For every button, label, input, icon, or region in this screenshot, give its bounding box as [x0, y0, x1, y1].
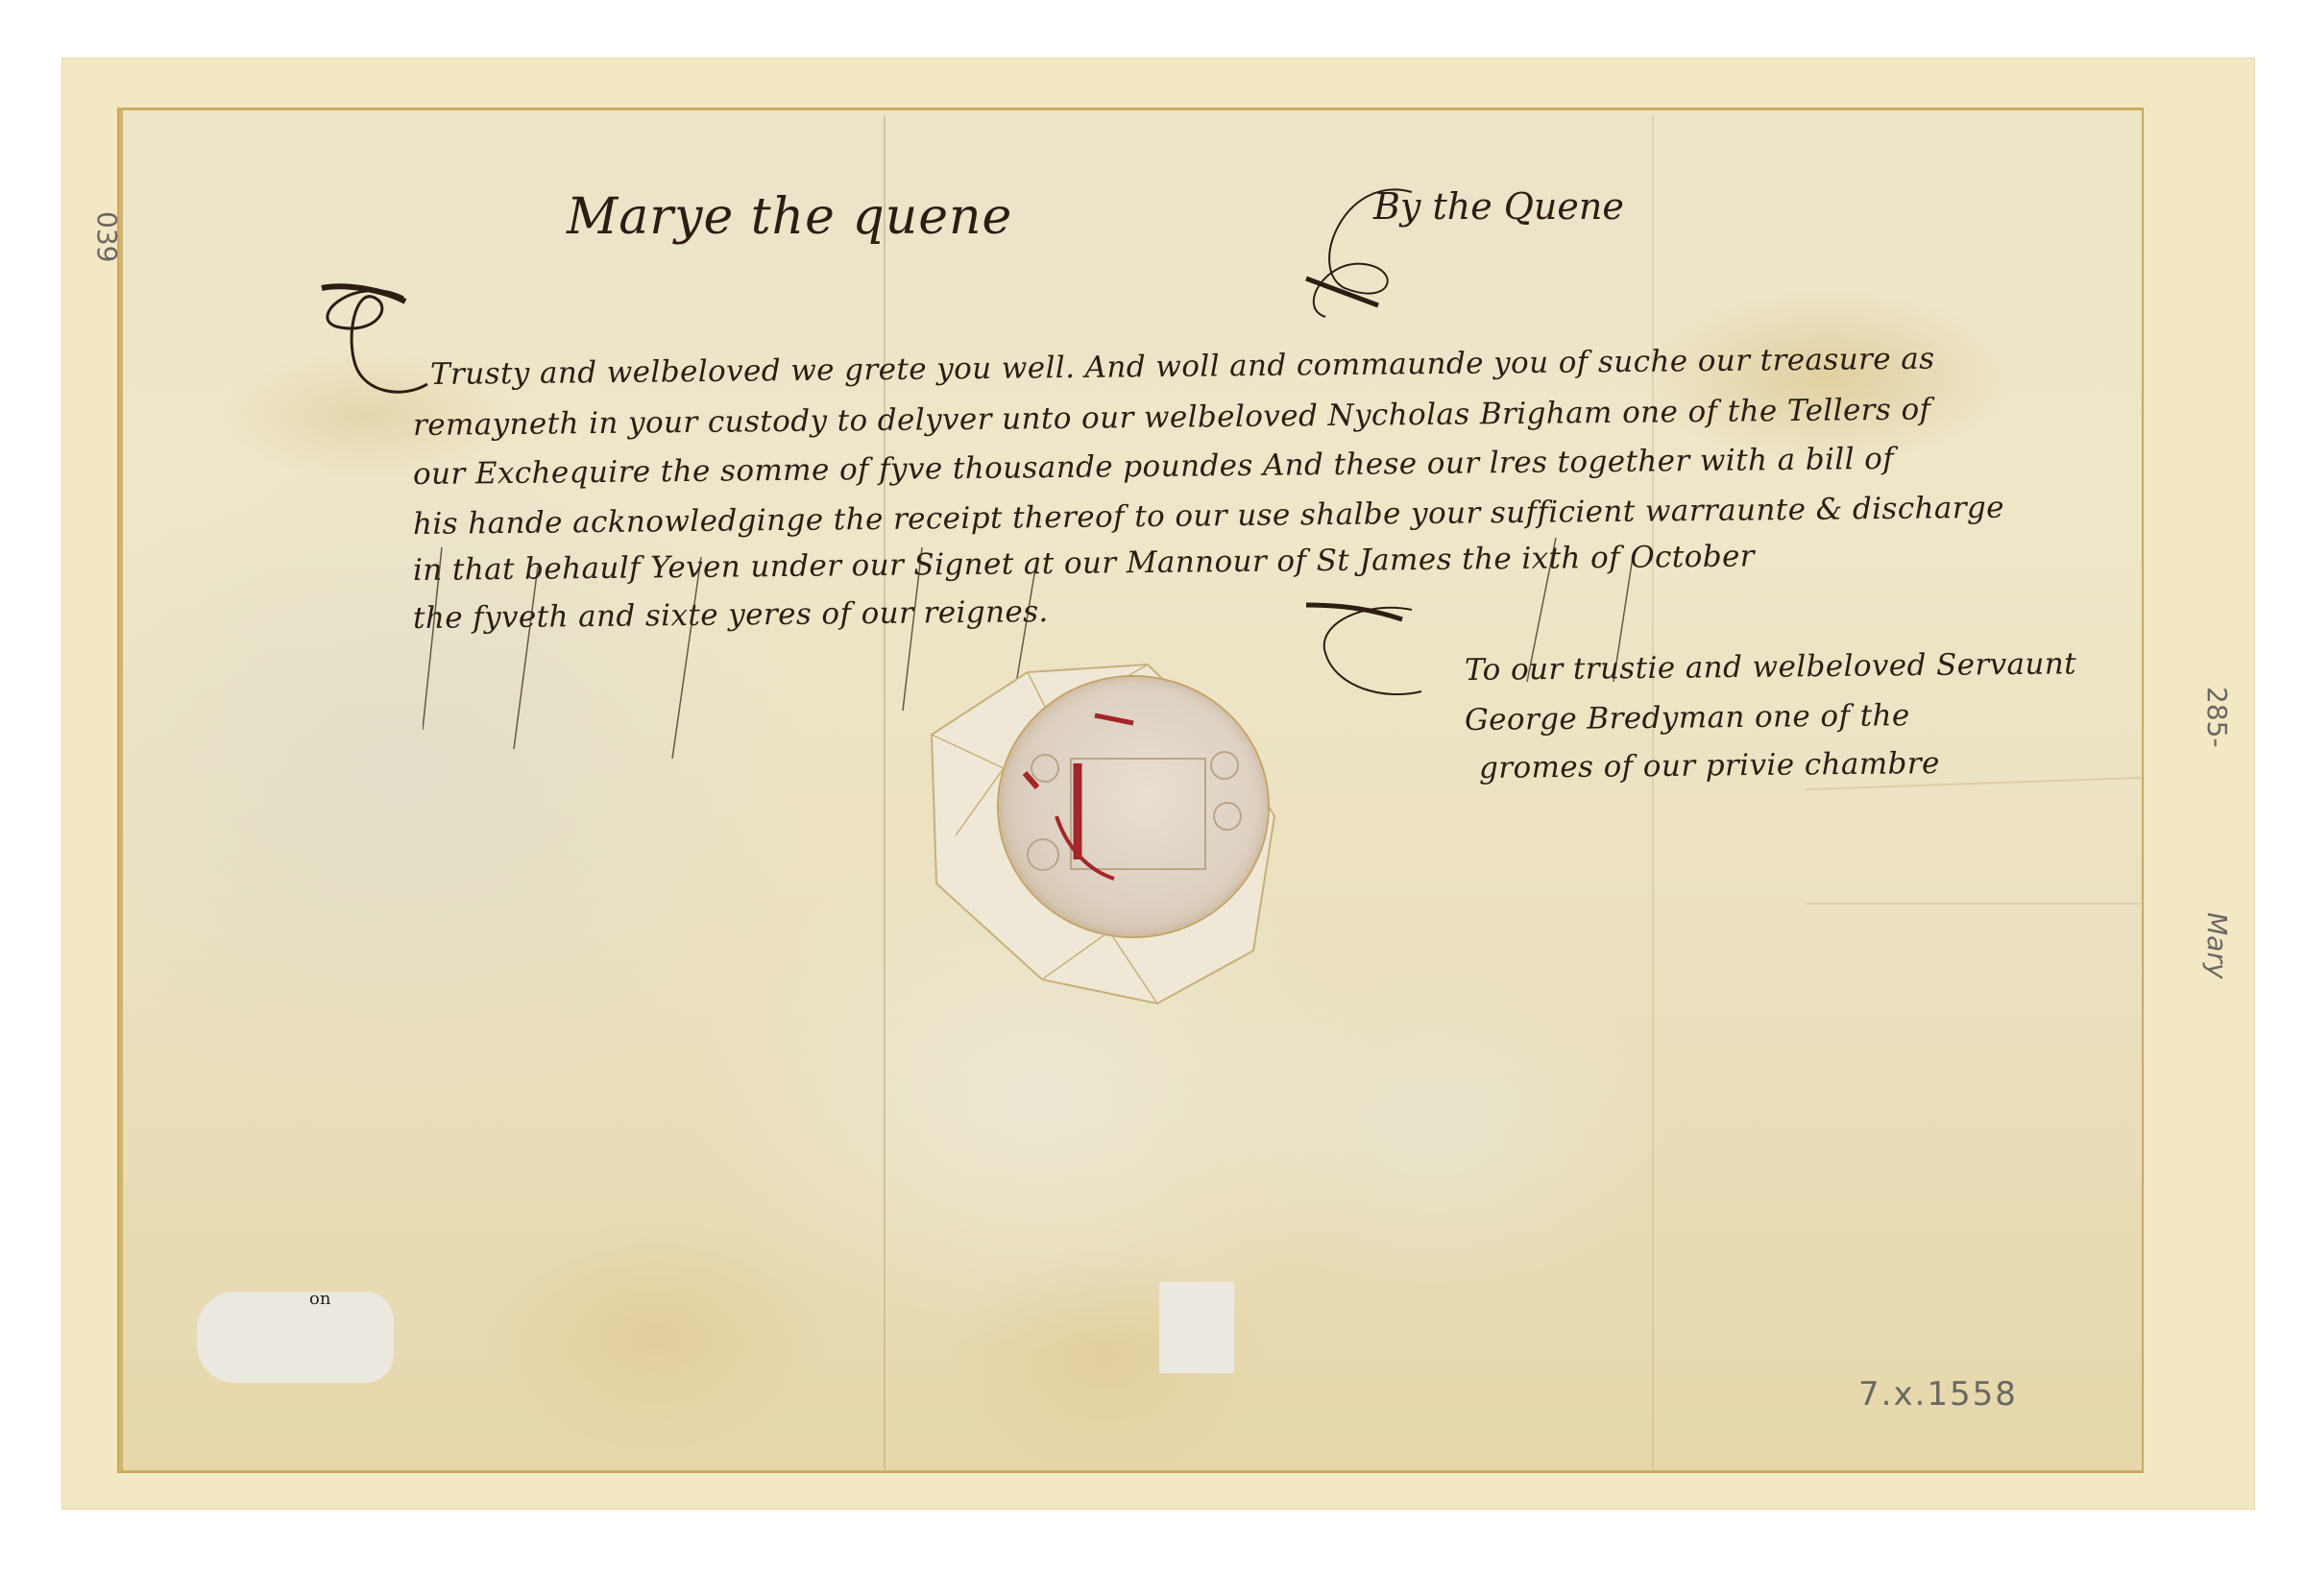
fold-line: [884, 115, 886, 1469]
fold-line: [1806, 903, 2142, 905]
margin-folio-number: 039: [91, 211, 123, 262]
seal-impression: [999, 677, 1268, 936]
address-flourish: [1306, 595, 1460, 711]
document-heading: Marye the quene: [567, 188, 1012, 246]
address-line: To our trustie and welbeloved Servaunt: [1465, 646, 2076, 688]
label-remnant: [1159, 1282, 1234, 1373]
address-line: George Bredyman one of the: [1465, 698, 1910, 738]
label-remnant: [197, 1292, 394, 1383]
date-annotation: 7.x.1558: [1858, 1375, 2018, 1414]
label-fragment-text: on: [309, 1289, 330, 1309]
signature-by-the-quene: By the Quene: [1373, 185, 1624, 228]
margin-note: Mary: [2201, 912, 2233, 979]
initial-flourish: [317, 278, 451, 413]
address-line: gromes of our privie chambre: [1479, 746, 1940, 786]
fold-line: [1652, 115, 1654, 1469]
margin-reference-number: 285-: [2201, 687, 2233, 748]
